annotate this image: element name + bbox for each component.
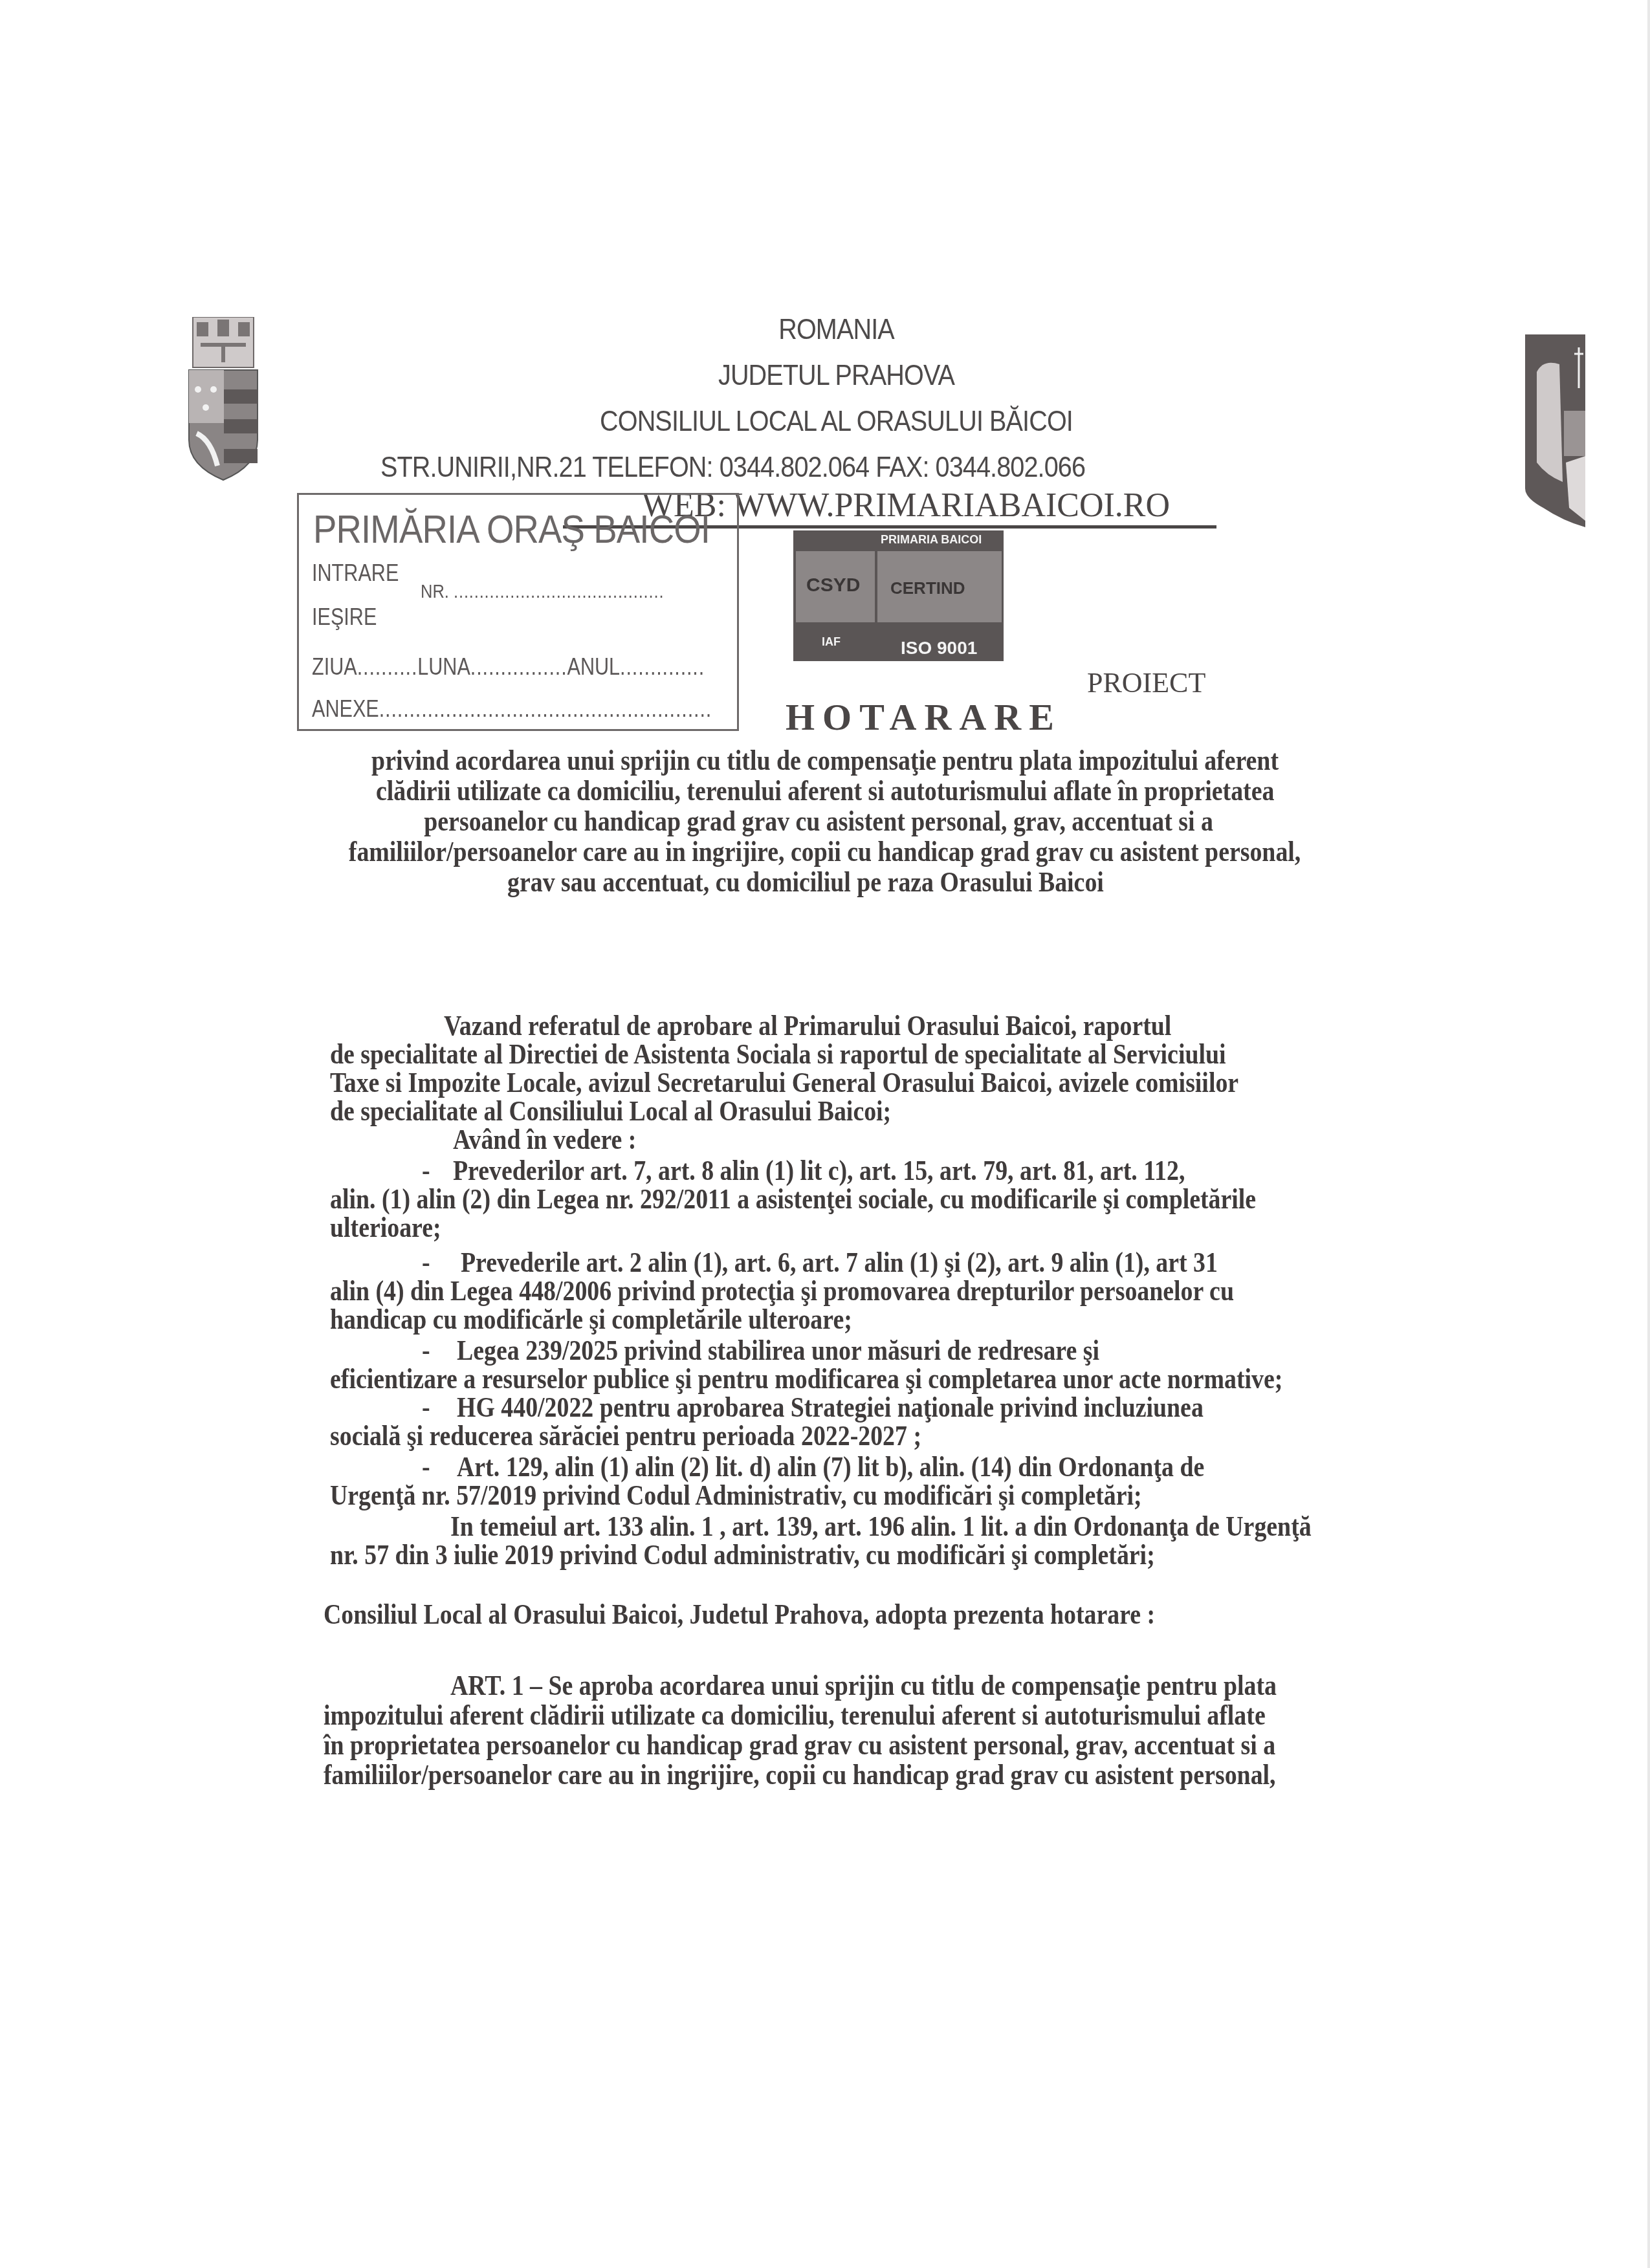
subject-line: privind acordarea unui sprijin cu titlu … (0, 744, 1650, 777)
legal-basis-item: alin. (1) alin (2) din Legea nr. 292/201… (330, 1183, 1256, 1216)
article-1-line: în proprietatea persoanelor cu handicap … (324, 1728, 1275, 1761)
certind-logo-icon: CERTIND (877, 551, 1002, 622)
stamp-exit-label: IEŞIRE (312, 604, 377, 631)
iso-standard: ISO 9001 (901, 638, 977, 659)
scan-edge (1647, 0, 1650, 2268)
draft-label: PROIECT (1087, 666, 1205, 699)
legal-basis-item: ulterioare; (330, 1211, 441, 1244)
header-county: JUDETUL PRAHOVA (94, 360, 1579, 392)
header-country: ROMANIA (94, 314, 1579, 346)
basis-line: nr. 57 din 3 iulie 2019 privind Codul ad… (330, 1538, 1155, 1571)
csyd-logo-icon: CSYD (796, 551, 875, 622)
stamp-number-field: NR. ....................................… (421, 581, 664, 603)
legal-basis-item: socială şi reducerea sărăciei pentru per… (330, 1419, 921, 1452)
stamp-title: PRIMĂRIA ORAŞ BAICOI (313, 507, 710, 552)
stamp-entry-label: INTRARE (312, 560, 399, 587)
legal-basis-item: Urgenţă nr. 57/2019 privind Codul Admini… (330, 1479, 1142, 1512)
iaf-logo: IAF (822, 635, 841, 649)
stamp-date-field: ZIUA..........LUNA................ANUL..… (312, 653, 705, 681)
stamp-day-label: ZIUA (312, 653, 357, 680)
iso-certification-badge: PRIMARIA BAICOI CSYD CERTIND IAF ISO 900… (793, 530, 1004, 661)
stamp-number-value: ........................................… (454, 581, 664, 602)
stamp-year-label: ANUL (567, 653, 620, 680)
stamp-month-label: LUNA (417, 653, 470, 680)
stamp-annex-value: ........................................… (379, 695, 712, 722)
registration-stamp: PRIMĂRIA ORAŞ BAICOI INTRARE IEŞIRE NR. … (297, 493, 739, 731)
stamp-number-label: NR. (421, 581, 449, 602)
article-1-line: impozitului aferent clădirii utilizate c… (324, 1699, 1266, 1732)
stamp-year-value: .............. (620, 653, 705, 680)
subject-line: grav sau accentuat, cu domiciliul pe raz… (0, 866, 1631, 899)
legal-basis-item: handicap cu modificărle şi completările … (330, 1303, 852, 1336)
adoption-statement: Consiliul Local al Orasului Baicoi, Jude… (324, 1598, 1155, 1631)
subject-line: familiilor/persoanelor care au in ingrij… (0, 835, 1650, 868)
subject-line: clădirii utilizate ca domiciliu, terenul… (0, 774, 1650, 807)
stamp-day-value: .......... (357, 653, 418, 680)
subject-line: persoanelor cu handicap grad grav cu asi… (0, 805, 1644, 838)
stamp-month-value: ................ (470, 653, 567, 680)
stamp-annex-label: ANEXE (312, 695, 379, 722)
document-type-title: HOTARARE (786, 695, 1062, 739)
header-address: STR.UNIRII,NR.21 TELEFON: 0344.802.064 F… (0, 452, 1475, 484)
stamp-annex-field: ANEXE...................................… (312, 695, 712, 723)
cert-org: PRIMARIA BAICOI (881, 533, 982, 547)
considering-label: Având în vedere : (453, 1123, 636, 1156)
header-council: CONSILIUL LOCAL AL ORASULUI BĂICOI (94, 406, 1579, 438)
article-1-line: ART. 1 – Se aproba acordarea unui spriji… (450, 1669, 1277, 1702)
article-1-line: familiilor/persoanelor care au in ingrij… (324, 1758, 1276, 1791)
